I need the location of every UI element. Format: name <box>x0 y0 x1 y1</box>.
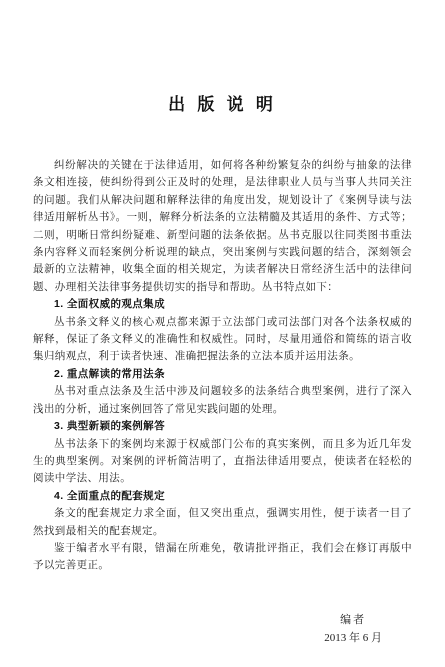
signature-date: 2013 年 6 月 <box>324 629 382 647</box>
section-heading-2: 2. 重点解读的常用法条 <box>33 366 412 383</box>
page-title: 出 版 说 明 <box>33 90 412 115</box>
section-body-3: 丛书法条下的案例均来源于权威部门公布的真实案例，而且多为近几年发生的典型案例。对… <box>33 436 412 488</box>
section-heading-4: 4. 全面重点的配套规定 <box>33 488 412 505</box>
section-heading-1: 1. 全面权威的观点集成 <box>33 296 412 313</box>
section-body-2: 丛书对重点法条及生活中涉及问题较多的法条结合典型案例，进行了深入浅出的分析，通过… <box>33 383 412 418</box>
signature-author: 编者 <box>324 611 382 629</box>
signature-block: 编者 2013 年 6 月 <box>324 611 382 647</box>
intro-paragraph: 纠纷解决的关键在于法律适用，如何将各种纷繁复杂的纠纷与抽象的法律条文相连接，使纠… <box>33 157 412 296</box>
section-body-4: 条文的配套规定力求全面，但又突出重点，强调实用性，便于读者一目了然找到最相关的配… <box>33 505 412 540</box>
section-body-1: 丛书条文释义的核心观点都来源于立法部门或司法部门对各个法条权威的解释，保证了条文… <box>33 314 412 366</box>
section-heading-3: 3. 典型新颖的案例解答 <box>33 418 412 435</box>
publication-note-page: 出 版 说 明 纠纷解决的关键在于法律适用，如何将各种纷繁复杂的纠纷与抽象的法律… <box>0 0 445 667</box>
closing-paragraph: 鉴于编者水平有限，错漏在所难免，敬请批评指正，我们会在修订再版中予以完善更正。 <box>33 540 412 575</box>
